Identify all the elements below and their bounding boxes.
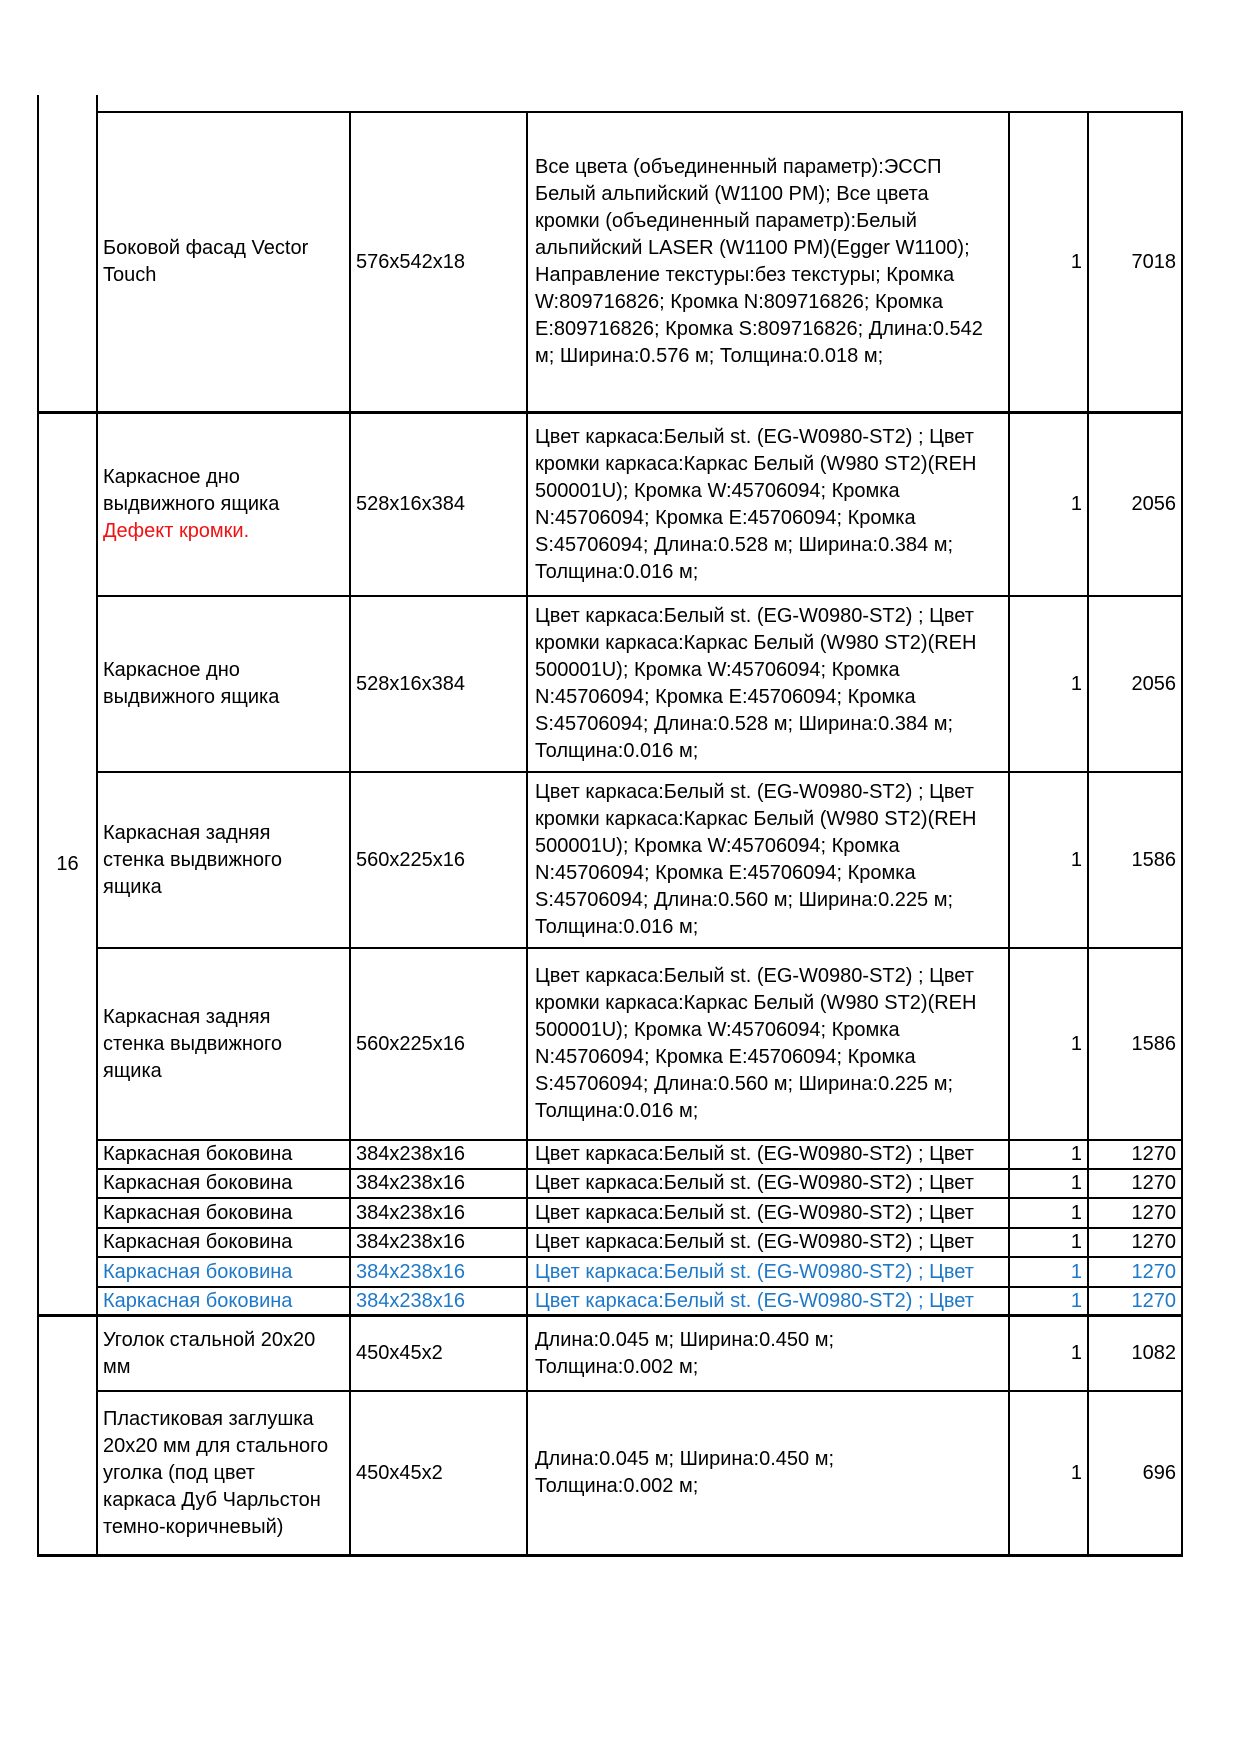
part-name-cell: Пластиковая заглушка 20x20 мм для стальн… [98,1392,351,1557]
table-row: Боковой фасад Vector Touch 576x542x18 Вс… [98,111,1183,414]
table-row: Каркасная боковина 384x238x16 Цвет карка… [98,1258,1183,1288]
price-cell: 1082 [1089,1317,1183,1392]
specs-cell: Цвет каркаса:Белый st. (EG-W0980-ST2) ; … [528,1170,1010,1199]
specs-cell: Длина:0.045 м; Ширина:0.450 м; Толщина:0… [528,1317,1010,1392]
specs-cell: Цвет каркаса:Белый st. (EG-W0980-ST2) ; … [528,949,1010,1141]
dimensions-cell: 528x16x384 [351,597,528,773]
table-row: Каркасная боковина 384x238x16 Цвет карка… [98,1170,1183,1199]
table-row: Пластиковая заглушка 20x20 мм для стальн… [98,1392,1183,1557]
price-cell: 1270 [1089,1258,1183,1288]
dimensions-cell: 384x238x16 [351,1229,528,1258]
price-cell: 1586 [1089,773,1183,949]
dimensions-cell: 384x238x16 [351,1199,528,1229]
quantity-cell: 1 [1010,1141,1089,1170]
part-name-cell: Каркасная боковина [98,1229,351,1258]
dimensions-cell: 384x238x16 [351,1288,528,1317]
part-name-cell: Каркасная боковина [98,1258,351,1288]
price-cell: 1270 [1089,1141,1183,1170]
dimensions-cell: 560x225x16 [351,949,528,1141]
dimensions-cell: 450x45x2 [351,1392,528,1557]
dimensions-cell: 384x238x16 [351,1141,528,1170]
quantity-cell: 1 [1010,1258,1089,1288]
specs-cell: Цвет каркаса:Белый st. (EG-W0980-ST2) ; … [528,1229,1010,1258]
part-name-cell: Уголок стальной 20x20 мм [98,1317,351,1392]
specs-cell: Все цвета (объединенный параметр):ЭССП Б… [528,111,1010,414]
parts-table: 16 Боковой фасад Vector Touch 576x542x18… [37,111,1183,1557]
table-row: Каркасная боковина 384x238x16 Цвет карка… [98,1141,1183,1170]
specs-cell: Цвет каркаса:Белый st. (EG-W0980-ST2) ; … [528,1141,1010,1170]
table-row: Каркасная боковина 384x238x16 Цвет карка… [98,1288,1183,1317]
specs-cell: Цвет каркаса:Белый st. (EG-W0980-ST2) ; … [528,597,1010,773]
quantity-cell: 1 [1010,1317,1089,1392]
part-name-cell: Каркасная задняя стенка выдвижного ящика [98,773,351,949]
price-cell: 2056 [1089,597,1183,773]
quantity-cell: 1 [1010,1288,1089,1317]
specs-cell: Длина:0.045 м; Ширина:0.450 м; Толщина:0… [528,1392,1010,1557]
dimensions-cell: 384x238x16 [351,1258,528,1288]
group-number-cell [37,95,98,414]
table-row: Каркасная задняя стенка выдвижного ящика… [98,949,1183,1141]
specs-cell: Цвет каркаса:Белый st. (EG-W0980-ST2) ; … [528,1199,1010,1229]
part-name-cell: Каркасная задняя стенка выдвижного ящика [98,949,351,1141]
price-cell: 1270 [1089,1229,1183,1258]
group-number-cell [37,1317,98,1557]
price-cell: 1270 [1089,1199,1183,1229]
price-cell: 696 [1089,1392,1183,1557]
dimensions-cell: 560x225x16 [351,773,528,949]
price-cell: 1270 [1089,1170,1183,1199]
part-name-cell: Каркасная боковина [98,1288,351,1317]
specs-cell: Цвет каркаса:Белый st. (EG-W0980-ST2) ; … [528,414,1010,597]
group-number-cell: 16 [37,414,98,1317]
quantity-cell: 1 [1010,1229,1089,1258]
dimensions-cell: 528x16x384 [351,414,528,597]
table-row: Каркасное дно выдвижного ящика 528x16x38… [98,597,1183,773]
table-row: Каркасная боковина 384x238x16 Цвет карка… [98,1229,1183,1258]
quantity-cell: 1 [1010,773,1089,949]
price-cell: 1586 [1089,949,1183,1141]
part-name-cell: Каркасное дно выдвижного ящика Дефект кр… [98,414,351,597]
part-name-text: Каркасное дно выдвижного ящика [103,466,279,515]
specs-cell: Цвет каркаса:Белый st. (EG-W0980-ST2) ; … [528,773,1010,949]
dimensions-cell: 450x45x2 [351,1317,528,1392]
specs-cell: Цвет каркаса:Белый st. (EG-W0980-ST2) ; … [528,1288,1010,1317]
quantity-cell: 1 [1010,111,1089,414]
part-name-cell: Каркасная боковина [98,1170,351,1199]
dimensions-cell: 576x542x18 [351,111,528,414]
part-name-cell: Каркасное дно выдвижного ящика [98,597,351,773]
quantity-cell: 1 [1010,414,1089,597]
quantity-cell: 1 [1010,597,1089,773]
part-name-cell: Боковой фасад Vector Touch [98,111,351,414]
quantity-cell: 1 [1010,1199,1089,1229]
price-cell: 7018 [1089,111,1183,414]
dimensions-cell: 384x238x16 [351,1170,528,1199]
specs-cell: Цвет каркаса:Белый st. (EG-W0980-ST2) ; … [528,1258,1010,1288]
quantity-cell: 1 [1010,1392,1089,1557]
quantity-cell: 1 [1010,949,1089,1141]
table-row: Каркасная боковина 384x238x16 Цвет карка… [98,1199,1183,1229]
table-row: Каркасное дно выдвижного ящика Дефект кр… [98,414,1183,597]
defect-note: Дефект кромки. [103,518,279,545]
quantity-cell: 1 [1010,1170,1089,1199]
spreadsheet-page: 16 Боковой фасад Vector Touch 576x542x18… [0,0,1241,1755]
price-cell: 1270 [1089,1288,1183,1317]
table-row: Уголок стальной 20x20 мм 450x45x2 Длина:… [98,1317,1183,1392]
part-name-cell: Каркасная боковина [98,1199,351,1229]
part-name-cell: Каркасная боковина [98,1141,351,1170]
price-cell: 2056 [1089,414,1183,597]
table-row: Каркасная задняя стенка выдвижного ящика… [98,773,1183,949]
